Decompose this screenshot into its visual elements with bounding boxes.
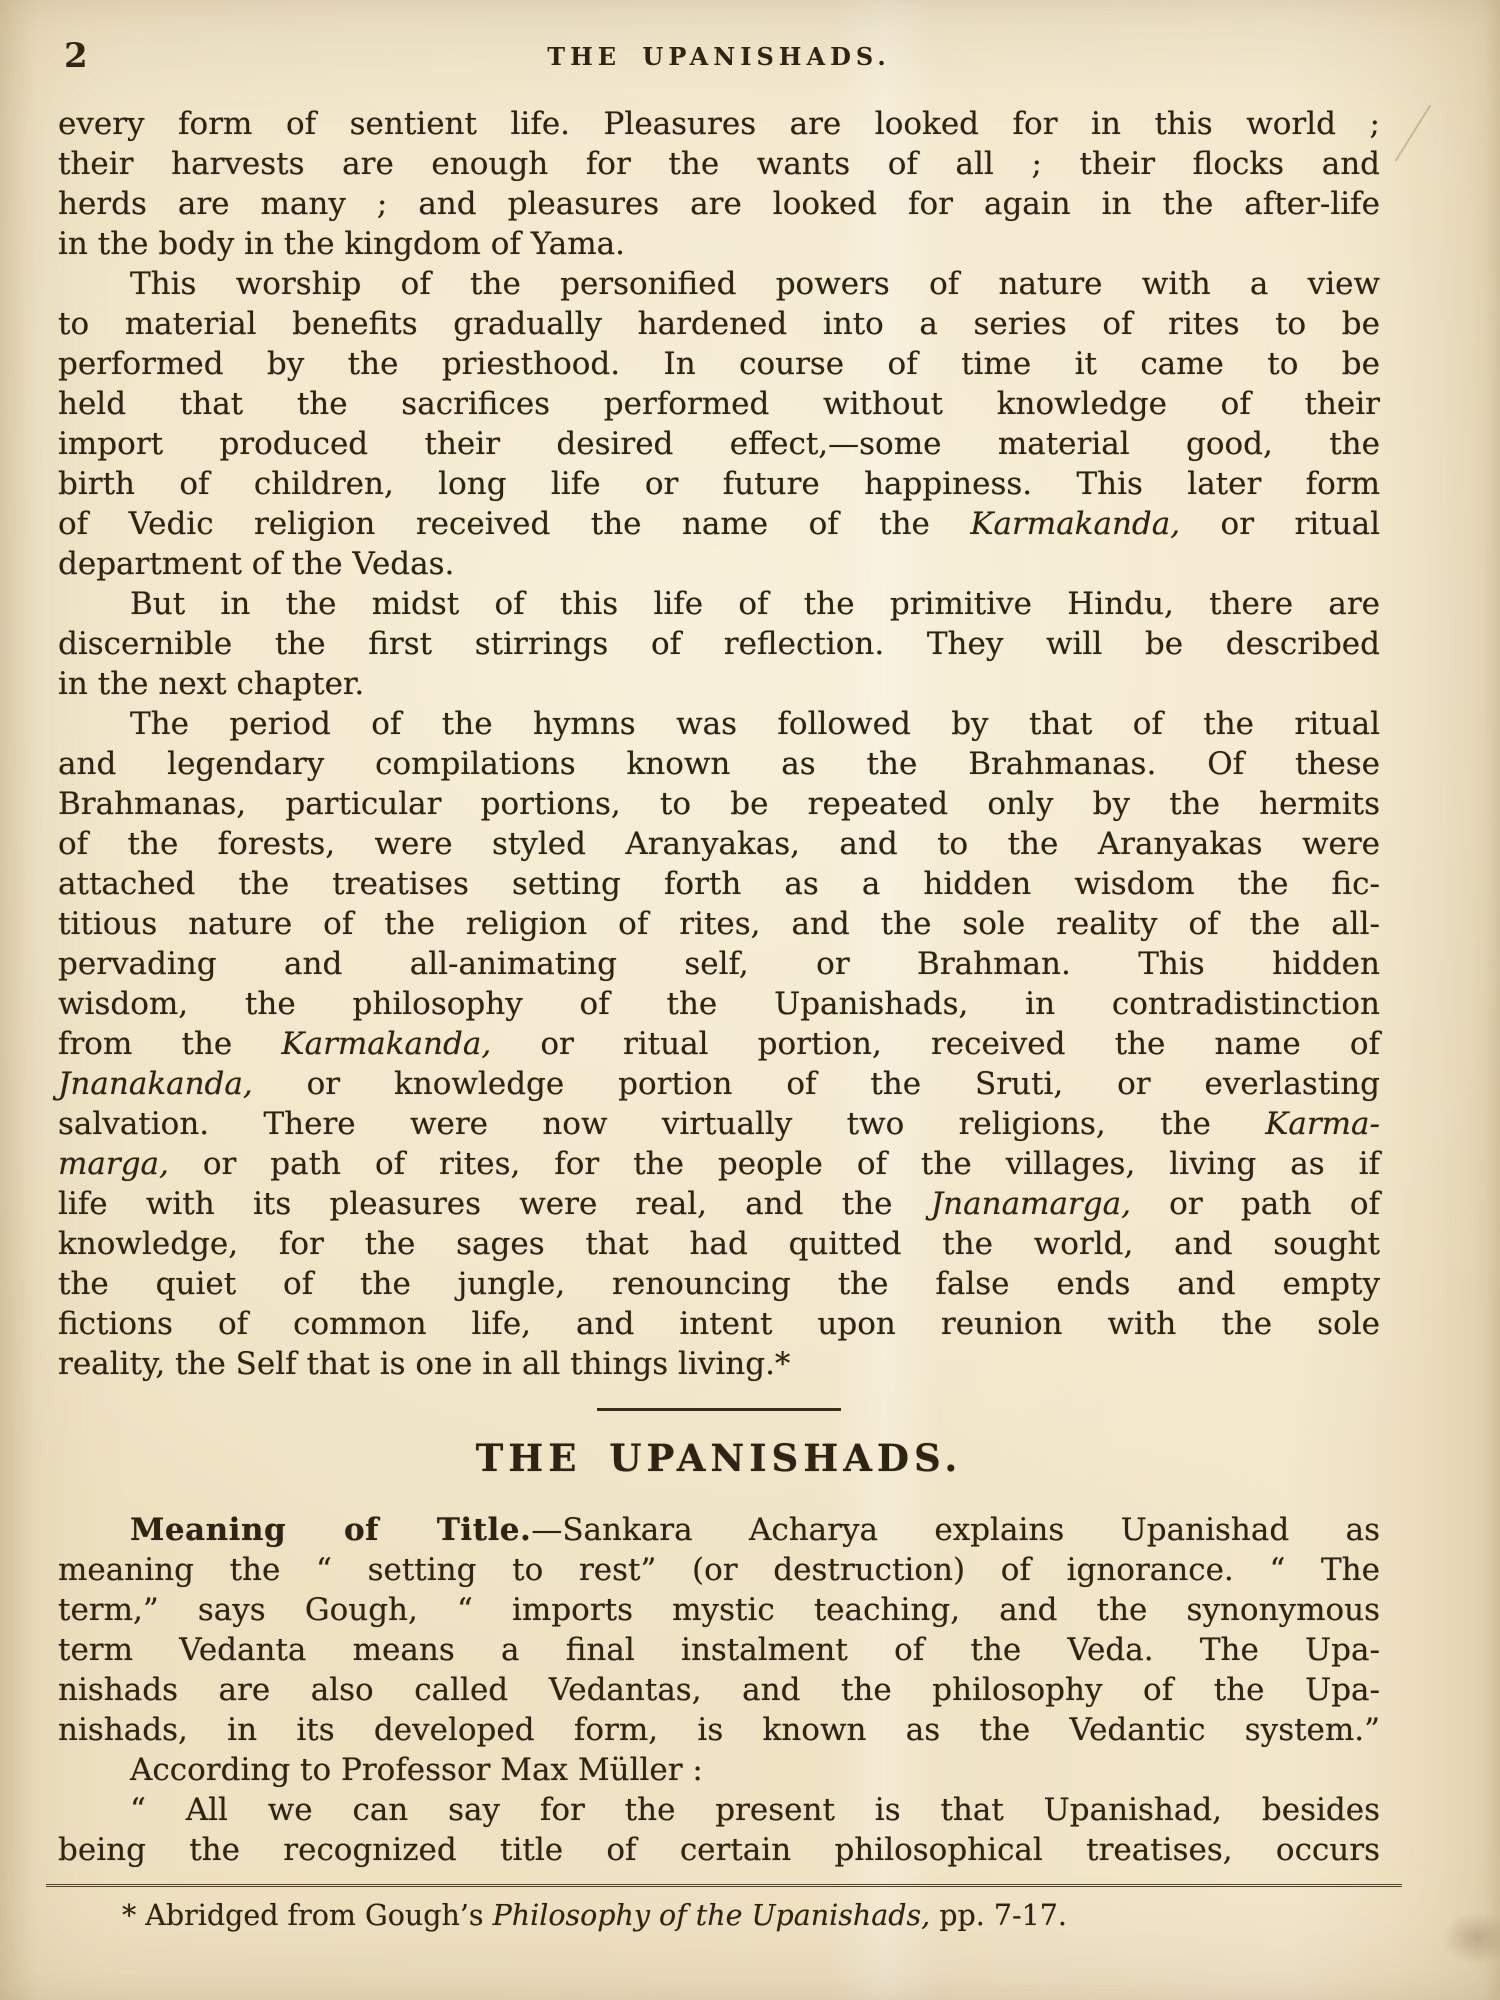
text-line: to material benefits gradually hardened … — [58, 304, 1380, 344]
text-line: Brahmanas, particular portions, to be re… — [58, 784, 1380, 824]
section-heading: THE UPANISHADS. — [58, 1438, 1380, 1478]
text-line: in the next chapter. — [58, 664, 1380, 704]
text-line: pervading and all-animating self, or Bra… — [58, 944, 1380, 984]
text-line: Jnanakanda, or knowledge portion of the … — [58, 1064, 1380, 1104]
paragraph: But in the midst of this life of the pri… — [58, 584, 1380, 704]
text-line: discernible the first stirrings of refle… — [58, 624, 1380, 664]
text-line: But in the midst of this life of the pri… — [58, 584, 1380, 624]
text-line: wisdom, the philosophy of the Upanishads… — [58, 984, 1380, 1024]
text-line: herds are many ; and pleasures are looke… — [58, 184, 1380, 224]
section-divider-rule — [597, 1408, 841, 1411]
text-line: every form of sentient life. Pleasures a… — [58, 104, 1380, 144]
paragraph: every form of sentient life. Pleasures a… — [58, 104, 1380, 264]
text-line: This worship of the personified powers o… — [58, 264, 1380, 304]
text-line: According to Professor Max Müller : — [58, 1750, 1380, 1790]
text-line: nishads, in its developed form, is known… — [58, 1710, 1380, 1750]
text-line: term Vedanta means a final instalment of… — [58, 1630, 1380, 1670]
text-line: held that the sacrifices performed witho… — [58, 384, 1380, 424]
text-line: the quiet of the jungle, renouncing the … — [58, 1264, 1380, 1304]
page-content: every form of sentient life. Pleasures a… — [58, 104, 1380, 1935]
text-line: their harvests are enough for the wants … — [58, 144, 1380, 184]
book-page: 2 THE UPANISHADS. every form of sentient… — [58, 0, 1380, 1935]
text-line: fictions of common life, and intent upon… — [58, 1304, 1380, 1344]
text-line: term,” says Gough, “ imports mystic teac… — [58, 1590, 1380, 1630]
paragraph: This worship of the personified powers o… — [58, 264, 1380, 584]
running-title: THE UPANISHADS. — [58, 42, 1380, 71]
footnote-rule — [46, 1884, 1402, 1887]
text-line: performed by the priesthood. In course o… — [58, 344, 1380, 384]
text-line: salvation. There were now virtually two … — [58, 1104, 1380, 1144]
text-line: of the forests, were styled Aranyakas, a… — [58, 824, 1380, 864]
paragraph: According to Professor Max Müller : — [58, 1750, 1380, 1790]
text-line: marga, or path of rites, for the people … — [58, 1144, 1380, 1184]
text-line: of Vedic religion received the name of t… — [58, 504, 1380, 544]
text-line: department of the Vedas. — [58, 544, 1380, 584]
text-line: Meaning of Title.—Sankara Acharya explai… — [58, 1510, 1380, 1550]
text-line: import produced their desired effect,—so… — [58, 424, 1380, 464]
text-line: nishads are also called Vedantas, and th… — [58, 1670, 1380, 1710]
text-line: in the body in the kingdom of Yama. — [58, 224, 1380, 264]
footnote-text: * Abridged from Gough’s Philosophy of th… — [58, 1897, 1380, 1935]
paragraph: Meaning of Title.—Sankara Acharya explai… — [58, 1510, 1380, 1750]
paragraph: The period of the hymns was followed by … — [58, 704, 1380, 1384]
text-line: “ All we can say for the present is that… — [58, 1790, 1380, 1830]
text-line: being the recognized title of certain ph… — [58, 1830, 1380, 1870]
text-line: attached the treatises setting forth as … — [58, 864, 1380, 904]
paragraph: “ All we can say for the present is that… — [58, 1790, 1380, 1870]
text-line: from the Karmakanda, or ritual portion, … — [58, 1024, 1380, 1064]
text-line: reality, the Self that is one in all thi… — [58, 1344, 1380, 1384]
text-line: knowledge, for the sages that had quitte… — [58, 1224, 1380, 1264]
text-line: titious nature of the religion of rites,… — [58, 904, 1380, 944]
text-line: meaning the “ setting to rest” (or destr… — [58, 1550, 1380, 1590]
text-line: birth of children, long life or future h… — [58, 464, 1380, 504]
text-line: The period of the hymns was followed by … — [58, 704, 1380, 744]
page-header: 2 THE UPANISHADS. — [58, 36, 1380, 82]
text-line: and legendary compilations known as the … — [58, 744, 1380, 784]
text-line: life with its pleasures were real, and t… — [58, 1184, 1380, 1224]
